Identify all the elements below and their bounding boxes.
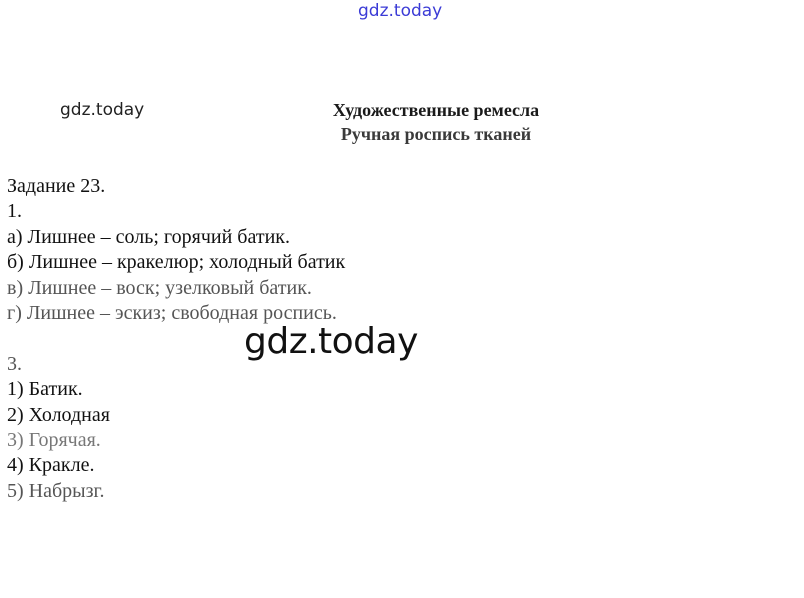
answer-item: 3) Горячая. [7, 428, 345, 453]
answer-item: 5) Набрызг. [7, 479, 345, 504]
answer-item: 4) Кракле. [7, 453, 345, 478]
answer-item: в) Лишнее – воск; узелковый батик. [7, 276, 345, 301]
document-title: Художественные ремесла [0, 100, 804, 121]
watermark-center: gdz.today [244, 324, 418, 360]
document-subtitle: Ручная роспись тканей [0, 124, 804, 145]
answer-item: 2) Холодная [7, 403, 345, 428]
answer-item: б) Лишнее – кракелюр; холодный батик [7, 250, 345, 275]
answer-item: 1) Батик. [7, 377, 345, 402]
answer-item: а) Лишнее – соль; горячий батик. [7, 225, 345, 250]
task-title: Задание 23. [7, 174, 345, 199]
watermark-top: gdz.today [358, 1, 442, 21]
section-number: 1. [7, 199, 345, 224]
